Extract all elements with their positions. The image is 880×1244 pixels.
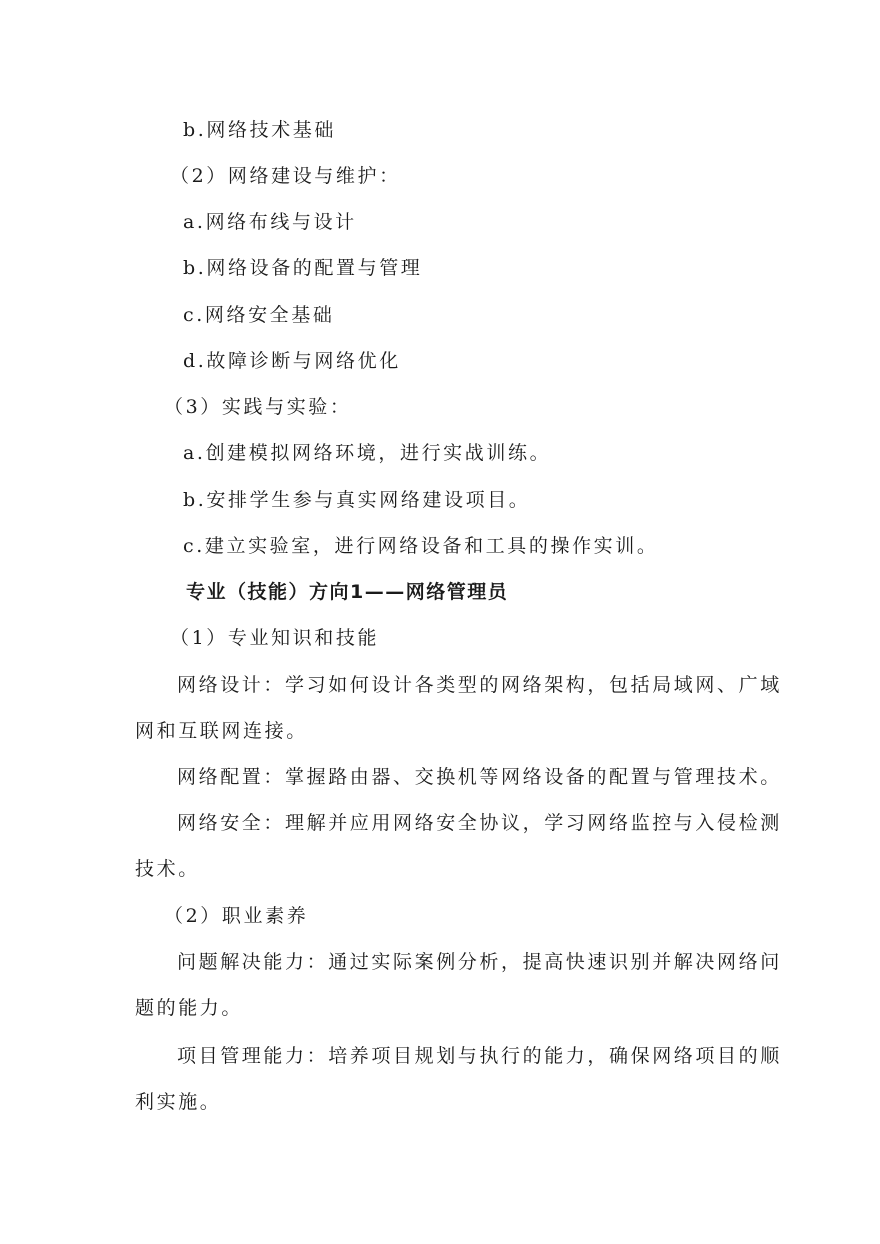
list-item-c-lab: c.建立实验室，进行网络设备和工具的操作实训。 [183,534,658,558]
list-item-b-network-tech-basics: b.网络技术基础 [183,118,336,142]
paragraph-network-design-cont: 网和互联网连接。 [135,719,308,743]
list-item-b-real-projects: b.安排学生参与真实网络建设项目。 [183,488,530,512]
paragraph-network-security-cont: 技术。 [135,857,200,881]
paragraph-network-design: 网络设计：学习如何设计各类型的网络架构，包括局域网、广域 [177,673,782,697]
list-item-a-simulated-network: a.创建模拟网络环境，进行实战训练。 [183,441,551,465]
list-item-c-security-basics: c.网络安全基础 [183,303,334,327]
list-item-b-device-config: b.网络设备的配置与管理 [183,256,422,280]
paragraph-project-management: 项目管理能力：培养项目规划与执行的能力，确保网络项目的顺 [177,1044,782,1068]
paragraph-problem-solving: 问题解决能力：通过实际案例分析，提高快速识别并解决网络问 [177,950,782,974]
subsection-heading-professional-quality: （2）职业素养 [164,904,308,928]
paragraph-problem-solving-cont: 题的能力。 [135,996,243,1020]
section-heading-network-construction: （2）网络建设与维护： [170,164,401,188]
section-heading-practice: （3）实践与实验： [164,395,352,419]
list-item-a-cabling-design: a.网络布线与设计 [183,210,357,234]
list-item-d-troubleshooting: d.故障诊断与网络优化 [183,349,401,373]
section-title-network-admin: 专业（技能）方向1——网络管理员 [186,580,508,604]
paragraph-network-security: 网络安全：理解并应用网络安全协议，学习网络监控与入侵检测 [177,811,782,835]
paragraph-project-management-cont: 利实施。 [135,1090,221,1114]
paragraph-network-config: 网络配置：掌握路由器、交换机等网络设备的配置与管理技术。 [177,765,782,789]
document-page: b.网络技术基础 （2）网络建设与维护： a.网络布线与设计 b.网络设备的配置… [0,0,880,1244]
subsection-heading-knowledge-skills: （1）专业知识和技能 [170,626,379,650]
